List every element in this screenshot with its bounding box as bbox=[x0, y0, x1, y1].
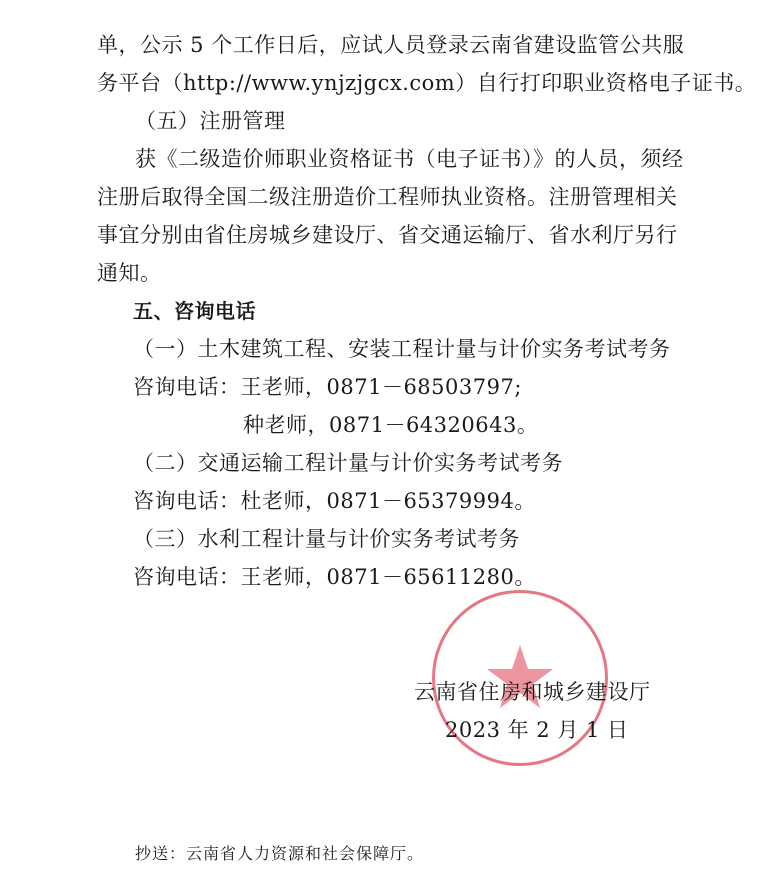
cc-line: 抄送：云南省人力资源和社会保障厅。 bbox=[135, 840, 424, 868]
consult-phone: 咨询电话：王老师，0871－68503797; bbox=[133, 373, 522, 401]
section-subtitle: （五）注册管理 bbox=[135, 107, 286, 135]
consult-item-title: （三）水利工程计量与计价实务考试考务 bbox=[133, 525, 520, 553]
paragraph-line: 注册后取得全国二级注册造价工程师执业资格。注册管理相关 bbox=[97, 183, 678, 211]
consult-phone: 咨询电话：王老师，0871－65611280。 bbox=[133, 563, 536, 591]
issue-date: 2023 年 2 月 1 日 bbox=[445, 716, 629, 744]
text-line: 单，公示 5 个工作日后，应试人员登录云南省建设监管公共服 bbox=[97, 31, 684, 59]
text-line: 务平台（http://www.ynjzjgcx.com）自行打印职业资格电子证书… bbox=[97, 69, 756, 97]
consult-phone: 种老师，0871－64320643。 bbox=[243, 411, 538, 439]
consult-item-title: （一）土木建筑工程、安装工程计量与计价实务考试考务 bbox=[133, 335, 671, 363]
issuer-name: 云南省住房和城乡建设厅 bbox=[414, 678, 651, 706]
paragraph-line: 获《二级造价师职业资格证书（电子证书）》的人员，须经 bbox=[135, 145, 684, 173]
consult-item-title: （二）交通运输工程计量与计价实务考试考务 bbox=[133, 449, 563, 477]
paragraph-line: 事宜分别由省住房城乡建设厅、省交通运输厅、省水利厅另行 bbox=[97, 221, 678, 249]
consult-phone: 咨询电话：杜老师，0871－65379994。 bbox=[133, 487, 536, 515]
paragraph-line: 通知。 bbox=[97, 259, 162, 287]
section-heading: 五、咨询电话 bbox=[133, 297, 256, 325]
